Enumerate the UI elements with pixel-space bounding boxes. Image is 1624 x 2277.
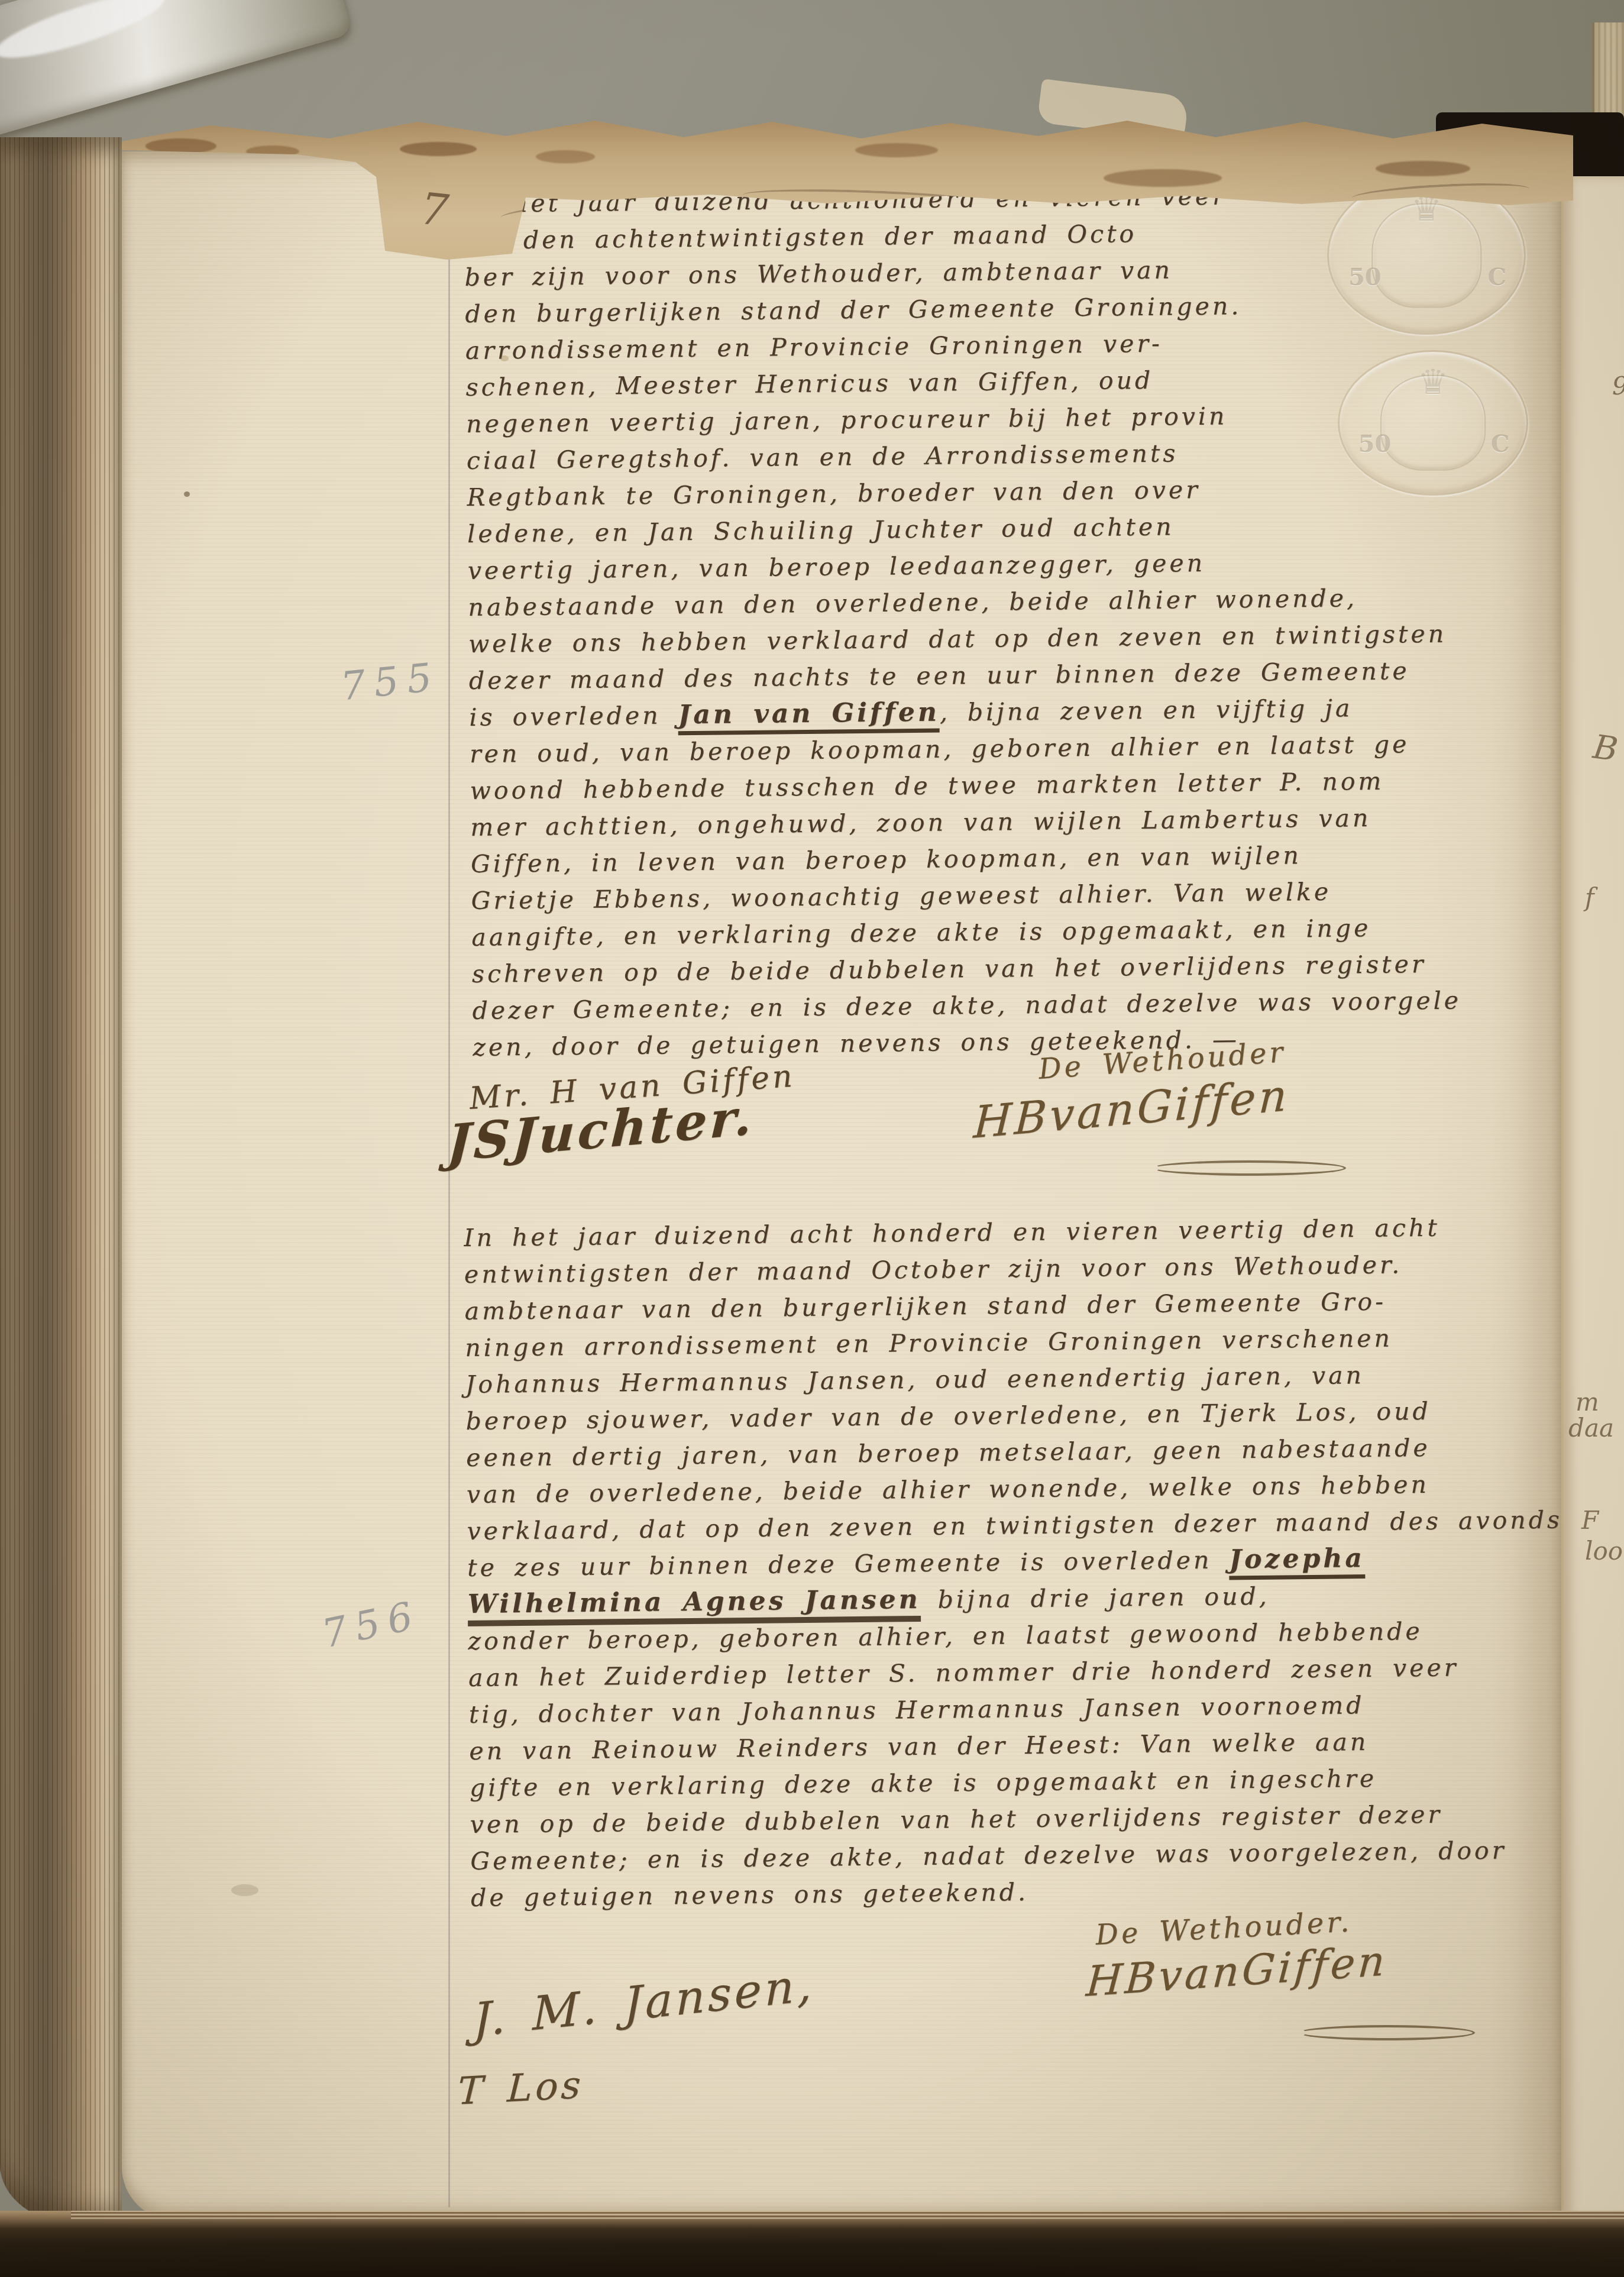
official-signature-act1: HBvanGiffen	[972, 1070, 1291, 1149]
margin-number-755: 755	[338, 654, 442, 709]
book-fore-edge-stack	[0, 137, 122, 2224]
scorch-blotch	[855, 143, 938, 157]
witness-signature-jansen: J. M. Jansen,	[473, 1958, 814, 2048]
ghost-numeral: 7	[418, 183, 451, 237]
next-page-text-fragment: daa	[1568, 1414, 1614, 1442]
page-bottom-edge-lines	[71, 2211, 1624, 2219]
death-act-755: In het jaar duizend achthonderd en viere…	[464, 174, 1561, 1066]
next-page-text-fragment: loo	[1585, 1537, 1623, 1566]
ink-speck	[184, 491, 190, 497]
next-page-text-fragment: f	[1585, 883, 1594, 912]
metal-clamp	[0, 0, 352, 140]
scorch-blotch	[1104, 169, 1222, 187]
margin-rule-line	[448, 202, 450, 2207]
scorch-blotch	[1376, 161, 1470, 176]
signature-flourish	[1299, 2025, 1475, 2040]
next-page-text-fragment: B	[1591, 727, 1620, 769]
paper-stain	[500, 355, 509, 361]
act-line-post: , bijna zeven en vijftig ja	[940, 694, 1353, 726]
scorch-blotch	[536, 150, 595, 163]
death-act-756: In het jaar duizend acht honderd en vier…	[464, 1208, 1561, 1916]
signature-flourish	[1152, 1160, 1346, 1176]
act-line-pre: te zes uur binnen deze Gemeente is overl…	[467, 1545, 1230, 1581]
deceased-name: Jan van Giffen	[678, 697, 940, 736]
margin-number-756: 756	[318, 1592, 425, 1657]
act-line-pre: is overleden	[469, 701, 678, 732]
next-page-text-fragment: m	[1576, 1387, 1599, 1416]
scorch-blotch	[400, 142, 477, 156]
act-line-post: bijna drie jaren oud,	[920, 1582, 1270, 1614]
next-page-text-fragment: 9	[1612, 371, 1624, 400]
smudge-stain	[231, 1884, 258, 1896]
next-page-text-fragment: F	[1581, 1506, 1599, 1535]
scanned-register-photo: 9 B f m daa F loo ♛ 50 C ♛ 50 C 755 756	[0, 0, 1624, 2277]
deceased-name-part1: Jozepha	[1229, 1543, 1365, 1580]
page-stack-striations	[0, 137, 122, 2224]
next-page-strip: 9 B f m daa F loo	[1561, 176, 1624, 2218]
witness-signature-los: T Los	[457, 2063, 585, 2114]
book-bottom-edge	[0, 2211, 1624, 2277]
clamp-highlight	[0, 0, 170, 70]
register-page: ♛ 50 C ♛ 50 C 755 756 In het jaar duizen…	[122, 151, 1561, 2220]
